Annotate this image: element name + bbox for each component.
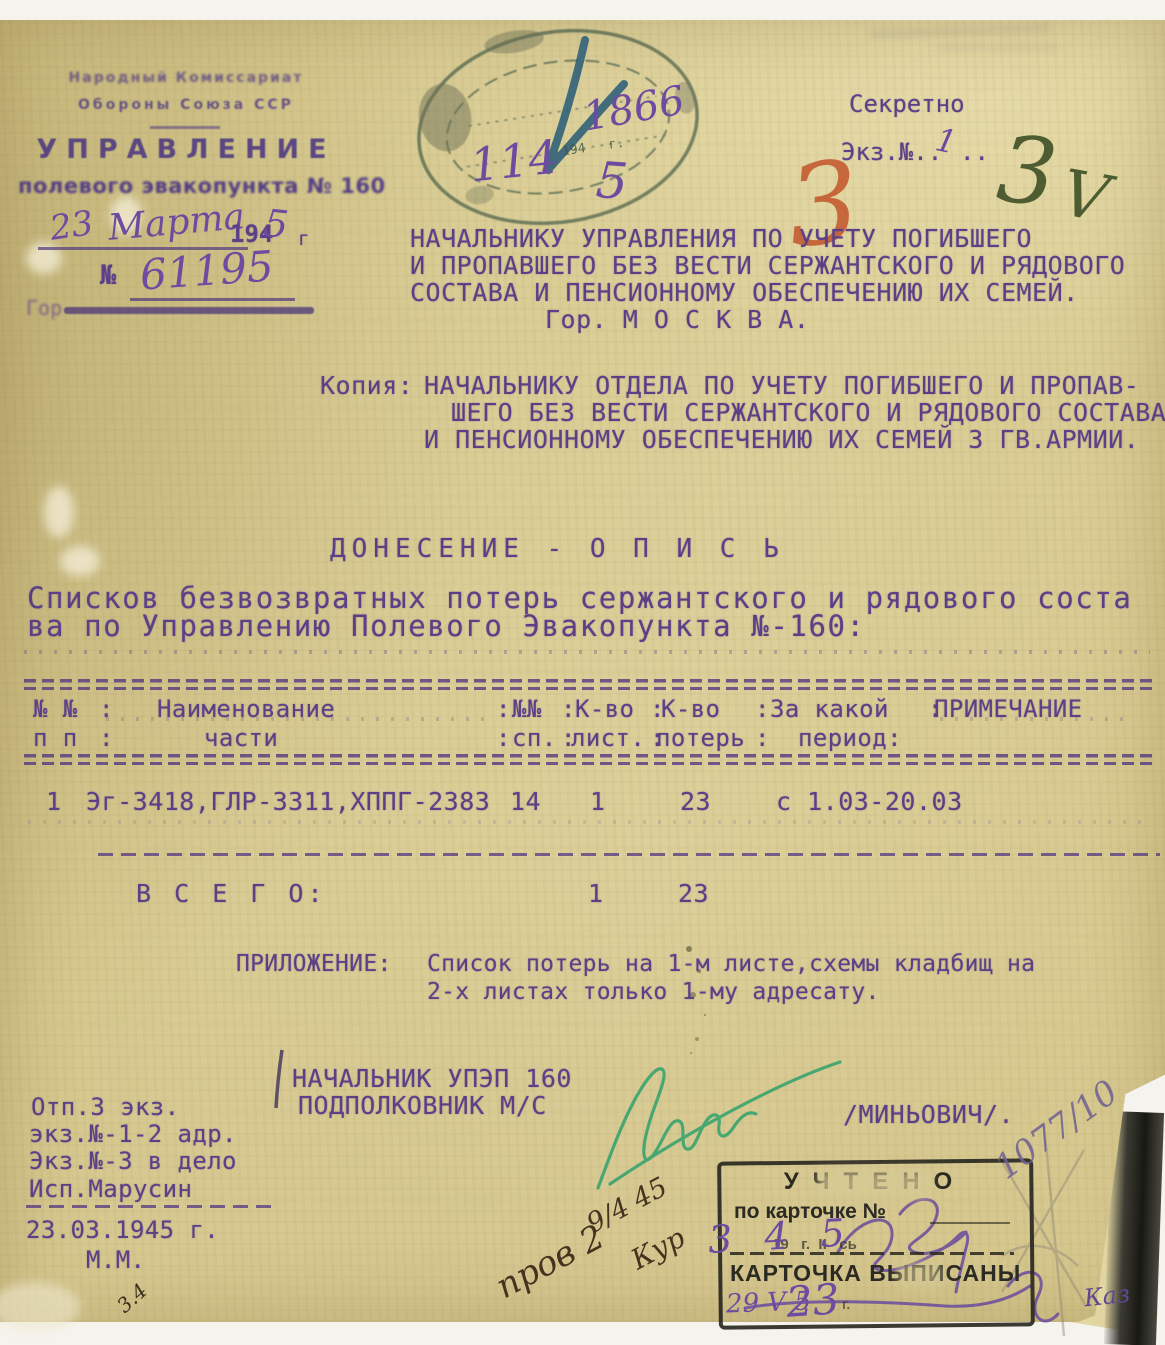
column-separator — [496, 724, 510, 752]
dotted-rule — [24, 650, 1150, 654]
registry-hand-tail: Каз — [1083, 1280, 1132, 1313]
column-separator — [496, 695, 510, 723]
footer-rule — [26, 1205, 278, 1208]
registry-card-underline — [930, 1222, 1010, 1224]
letterhead-date-year-hand: 5 — [262, 201, 291, 247]
signer-role-line1: НАЧАЛЬНИК УПЭП 160 — [292, 1064, 572, 1093]
registry-hand-23: 23 — [784, 1274, 841, 1327]
table-header-rule — [24, 754, 1154, 765]
row-sheets-value: 1 — [590, 787, 606, 816]
executor-note: Исп.Марусин — [29, 1175, 192, 1203]
copies-note-line2: экз.№-1-2 адр. — [29, 1120, 237, 1148]
total-label: В С Е Г О: — [136, 879, 327, 908]
copy-number-label: Экз.№.. — [841, 138, 942, 166]
header-leader-dots — [940, 717, 1126, 721]
total-sheets: 1 — [588, 879, 604, 908]
green-handwritten-3: 3 — [993, 115, 1062, 228]
paper-damage-spot — [0, 1282, 80, 1332]
row-number: 1 — [46, 787, 62, 816]
column-separator — [755, 724, 769, 752]
letterhead-number-label: № — [100, 260, 116, 291]
body-line2: ва по Управлению Полевого Эвакопункта №-… — [27, 609, 866, 643]
total-rule — [98, 853, 1160, 856]
letterhead-city-label: Гор — [26, 296, 62, 320]
letterhead-date-day: 23 — [47, 203, 95, 249]
oval-stamp-digit: 5 — [594, 151, 630, 211]
column-separator — [561, 695, 575, 723]
col-period-header-line2: период: — [798, 724, 902, 752]
column-separator — [755, 695, 769, 723]
col-num-header-line2: п п — [33, 724, 78, 752]
letterhead-office-name: УПРАВЛЕНИЕ — [36, 134, 336, 165]
attachment-line2: 2-х листах только 1-му адресату. — [427, 979, 880, 1005]
col-sp-header-line2: сп. — [512, 724, 557, 752]
row-sp-value: 14 — [510, 787, 541, 816]
col-sheets-header-line1: К-во — [575, 695, 634, 723]
letterhead-city-line — [64, 307, 314, 314]
copy-line2: ШЕГО БЕЗ ВЕСТИ СЕРЖАНТСКОГО И РЯДОВОГО С… — [451, 398, 1165, 427]
stamp-ink-fade — [898, 1262, 942, 1288]
secret-label: Секретно — [849, 90, 965, 118]
bleed-through-mark — [938, 44, 1058, 52]
col-period-header-line1: За какой — [770, 695, 889, 723]
footer-initials: М.М. — [86, 1246, 145, 1274]
stamp-ink-fade — [818, 1170, 930, 1198]
recipient-line2: И ПРОПАВШЕГО БЕЗ ВЕСТИ СЕРЖАНТСКОГО И РЯ… — [410, 251, 1125, 280]
paper-damage-spot — [44, 486, 74, 538]
attachment-line1: Список потерь на 1-м листе,схемы кладбищ… — [427, 951, 1035, 977]
registry-hand-345: 3 4 5 — [707, 1210, 856, 1262]
row-unit-names: Эг-3418,ГЛР-3311,ХППГ-2383 — [86, 787, 490, 816]
copy-line3: И ПЕНСИОННОМУ ОБЕСПЕЧЕНИЮ ИХ СЕМЕЙ 3 ГВ.… — [424, 425, 1139, 454]
paper-damage-spot — [60, 546, 100, 576]
header-leader-dots — [106, 717, 488, 721]
footer-date: 23.03.1945 г. — [26, 1216, 219, 1244]
registry-cards-line: КАРТОЧКА ВЫПИСАНЫ — [730, 1260, 1021, 1287]
col-num-header-line1: № № — [33, 695, 78, 723]
copy-number-dots: .. — [960, 138, 989, 166]
total-losses: 23 — [678, 879, 709, 908]
letterhead-commissariat-line1: Народный Комиссариат — [36, 70, 336, 86]
oval-stamp-code: 114 — [467, 130, 560, 193]
col-losses-header-line1: К-во — [661, 695, 720, 723]
copy-label: Копия: — [320, 371, 413, 400]
letterhead-date-suffix: г — [298, 228, 309, 250]
registry-g-label: г. — [842, 1296, 850, 1312]
signer-role-line2: ПОДПОЛКОВНИК М/С — [298, 1091, 547, 1120]
recipient-city: Гор. М О С К В А. — [545, 305, 809, 334]
col-losses-header-line2: потерь — [656, 724, 745, 752]
letterhead-number-underline — [130, 298, 295, 301]
letterhead-commissariat-line2: Обороны Союза ССР — [36, 97, 336, 113]
col-sp-header-line1: №№ — [512, 695, 542, 723]
letterhead-unit-name: полевого эвакопункта № 160 — [18, 174, 342, 198]
copies-note-line1: Отп.3 экз. — [31, 1093, 180, 1121]
recipient-line1: НАЧАЛЬНИКУ УПРАВЛЕНИЯ ПО УЧЕТУ ПОГИБШЕГО — [410, 224, 1032, 253]
letterhead-number-value: 61195 — [138, 241, 275, 299]
column-separator — [99, 724, 113, 752]
table-top-rule — [24, 679, 1154, 690]
document-title: ДОНЕСЕНИЕ - О П И С Ь — [330, 534, 785, 564]
row-period-value: с 1.03-20.03 — [776, 787, 963, 816]
row-leader-dots — [28, 820, 1143, 824]
scanned-document: Народный Комиссариат Обороны Союза ССР У… — [0, 0, 1165, 1345]
letterhead-divider — [150, 126, 220, 129]
attachment-label: ПРИЛОЖЕНИЕ: — [236, 951, 392, 977]
recipient-line3: СОСТАВА И ПЕНСИОННОМУ ОБЕСПЕЧЕНИЮ ИХ СЕМ… — [410, 278, 1079, 307]
copy-line1: НАЧАЛЬНИКУ ОТДЕЛА ПО УЧЕТУ ПОГИБШЕГО И П… — [424, 371, 1139, 400]
signer-name: /МИНЬОВИЧ/. — [843, 1100, 1014, 1129]
row-losses-value: 23 — [680, 787, 711, 816]
col-unit-header-line2: части — [204, 724, 278, 752]
col-sheets-header-line2: лист. — [571, 724, 645, 752]
copies-note-line3: Экз.№-3 в дело — [29, 1147, 237, 1175]
